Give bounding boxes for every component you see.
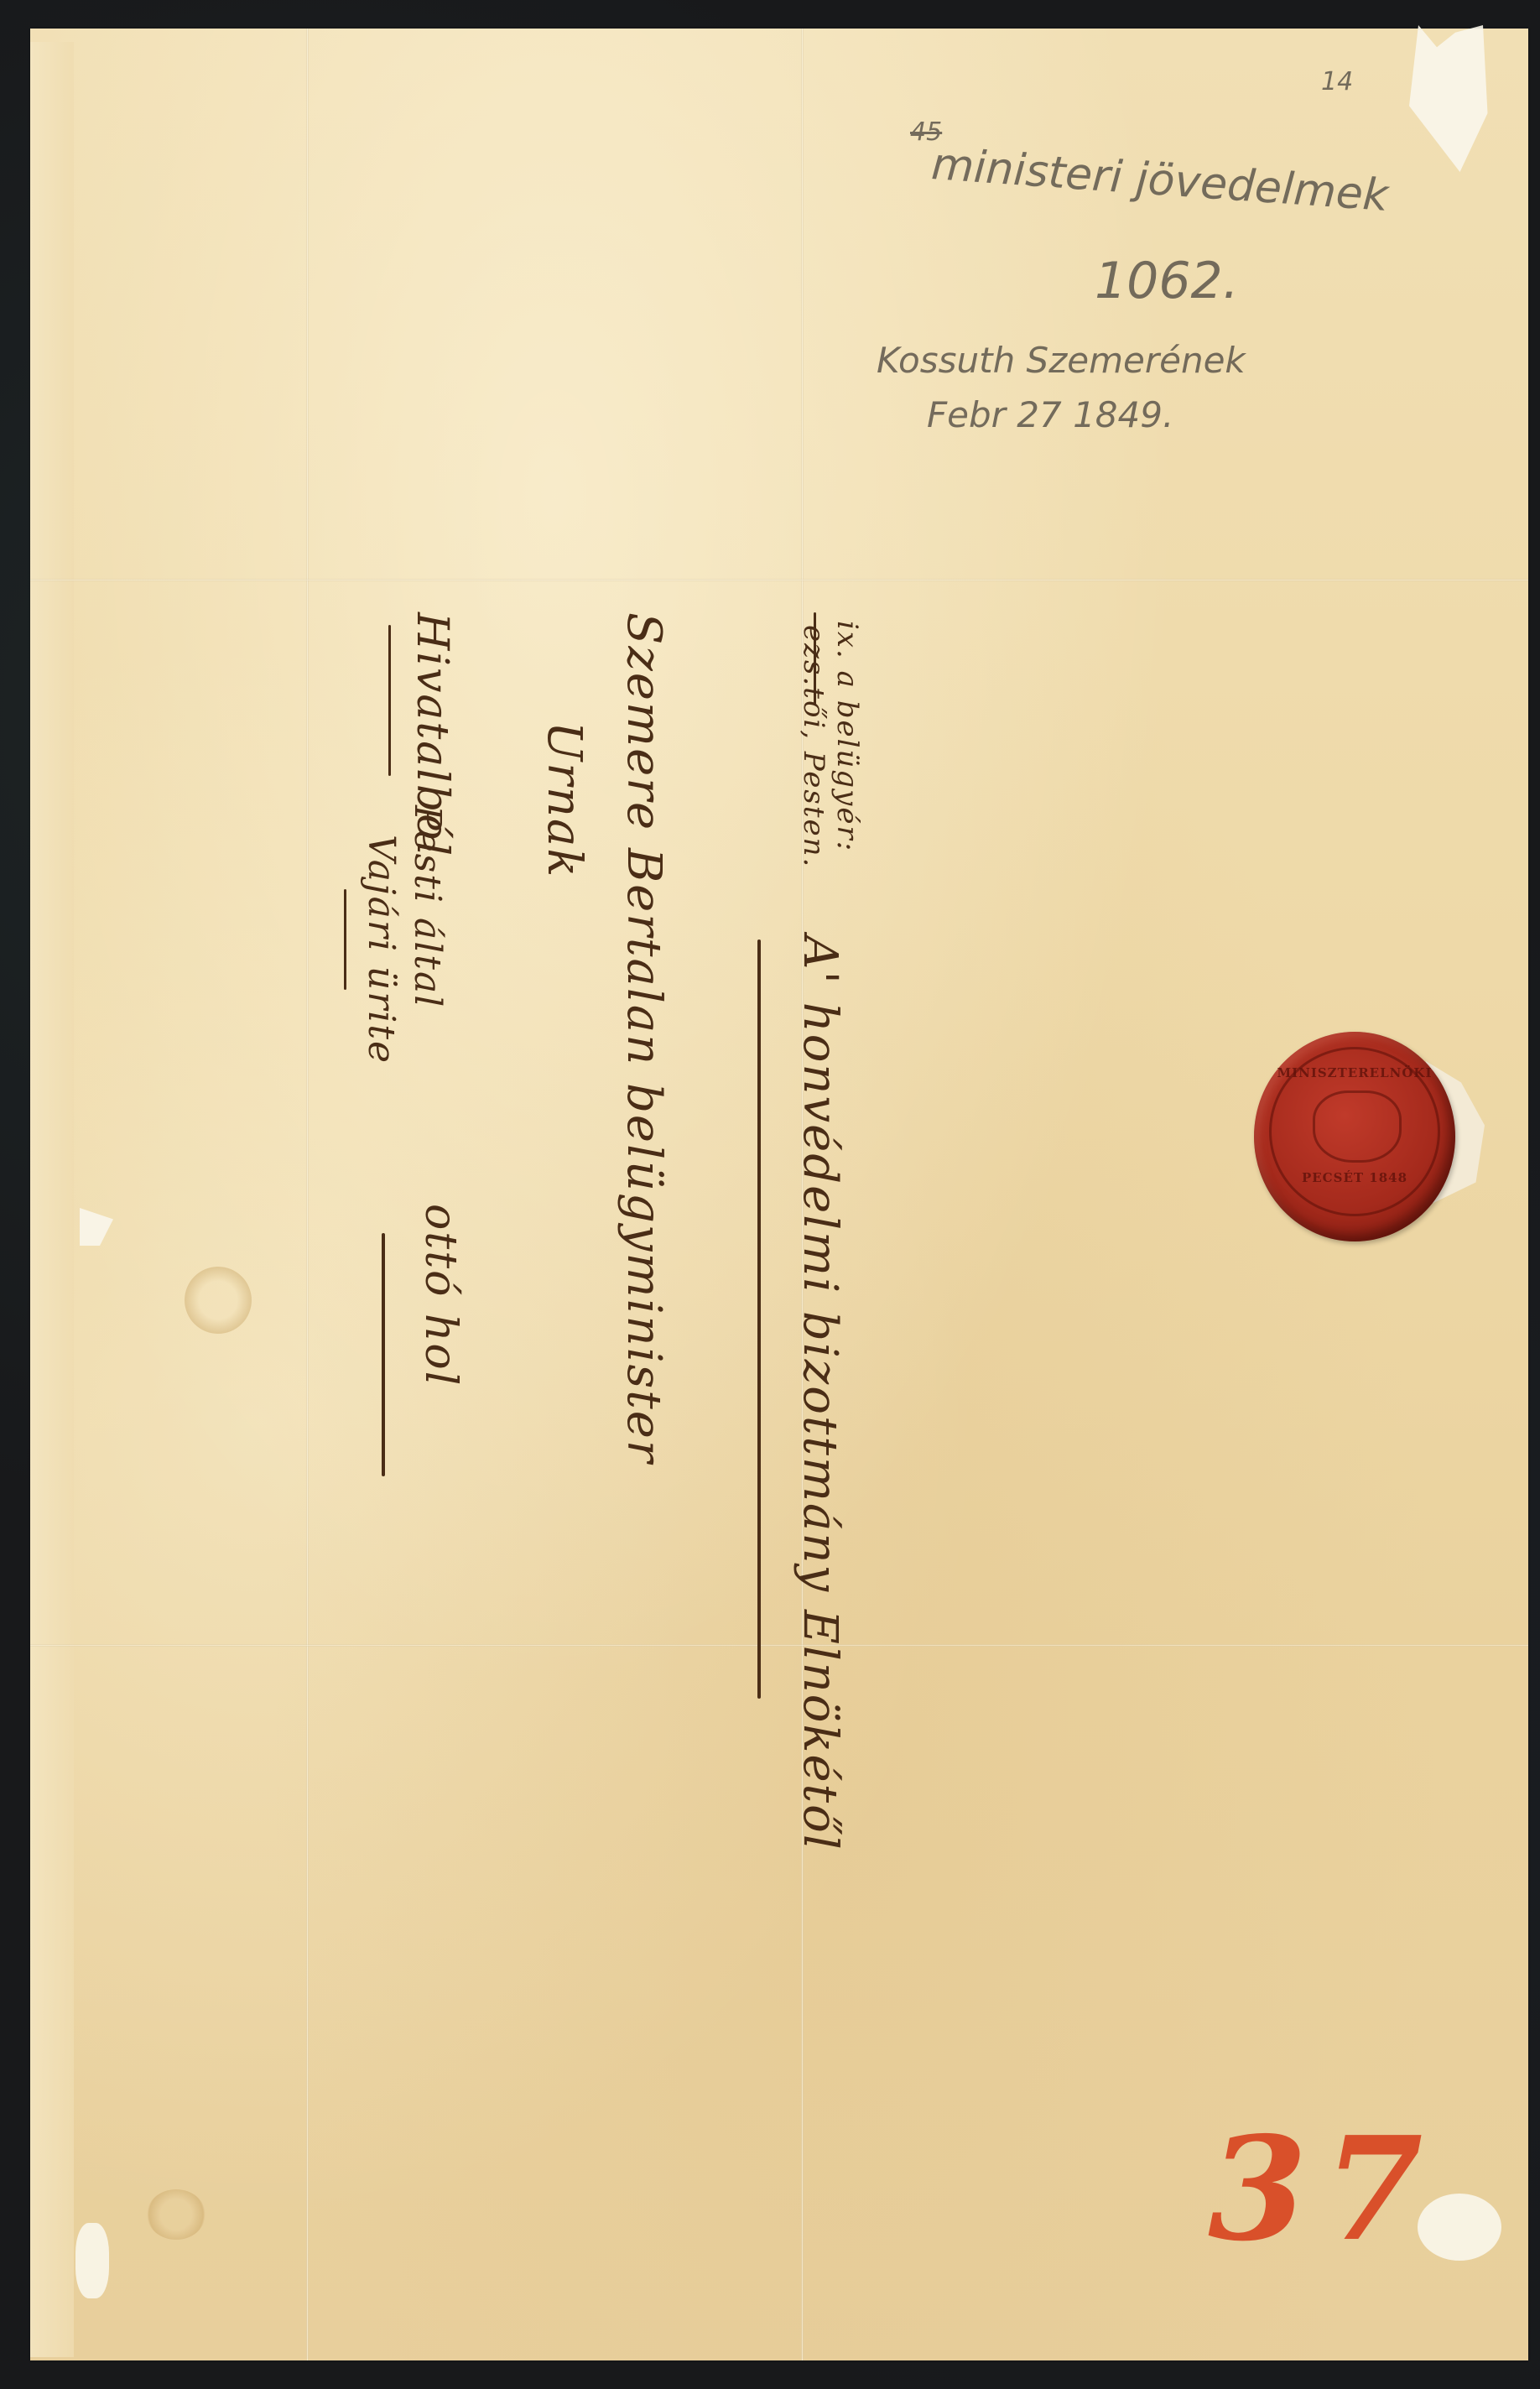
address-note-line-1: ix. a belügyér:	[830, 621, 864, 852]
note-underline	[814, 612, 816, 705]
red-archive-number: 37	[1208, 2105, 1440, 2273]
pencil-date-line: Febr 27 1849.	[927, 394, 1173, 435]
address-left-line-4: ottó hol	[415, 1204, 466, 1387]
address-line-1: A' honvédelmi bizottmány Elnökétől	[793, 935, 847, 1851]
left-underline	[388, 625, 391, 776]
address-left-line-3: Vajári ürite	[360, 835, 403, 1064]
pencil-author-line: Kossuth Szemerének	[877, 340, 1246, 381]
paper-tear	[75, 2223, 109, 2298]
left-underline	[382, 1233, 385, 1476]
fold-line-horizontal	[30, 1644, 1528, 1647]
address-underline	[757, 939, 761, 1699]
wax-seal: MINISZTERELNÖKI PECSÉT 1848	[1254, 1032, 1455, 1241]
address-left-line-2: Pesti által	[406, 805, 449, 1008]
paper-left-edge-strip	[30, 42, 74, 2357]
address-line-3: Urnak	[537, 721, 591, 878]
seal-bottom-inscription: PECSÉT 1848	[1254, 1170, 1455, 1185]
water-stain	[185, 1267, 252, 1334]
seal-top-inscription: MINISZTERELNÖKI	[1254, 1065, 1455, 1080]
address-line-2: Szemere Bertalan belügyminister	[617, 612, 671, 1465]
water-stain	[147, 2189, 206, 2240]
pencil-archive-number: 1062.	[1095, 252, 1239, 310]
seal-coat-of-arms-icon	[1313, 1090, 1402, 1163]
left-underline	[344, 889, 346, 990]
fold-line-horizontal	[30, 579, 1528, 581]
pencil-mark-top-right: 14	[1321, 67, 1353, 96]
fold-line-vertical	[306, 29, 309, 2360]
